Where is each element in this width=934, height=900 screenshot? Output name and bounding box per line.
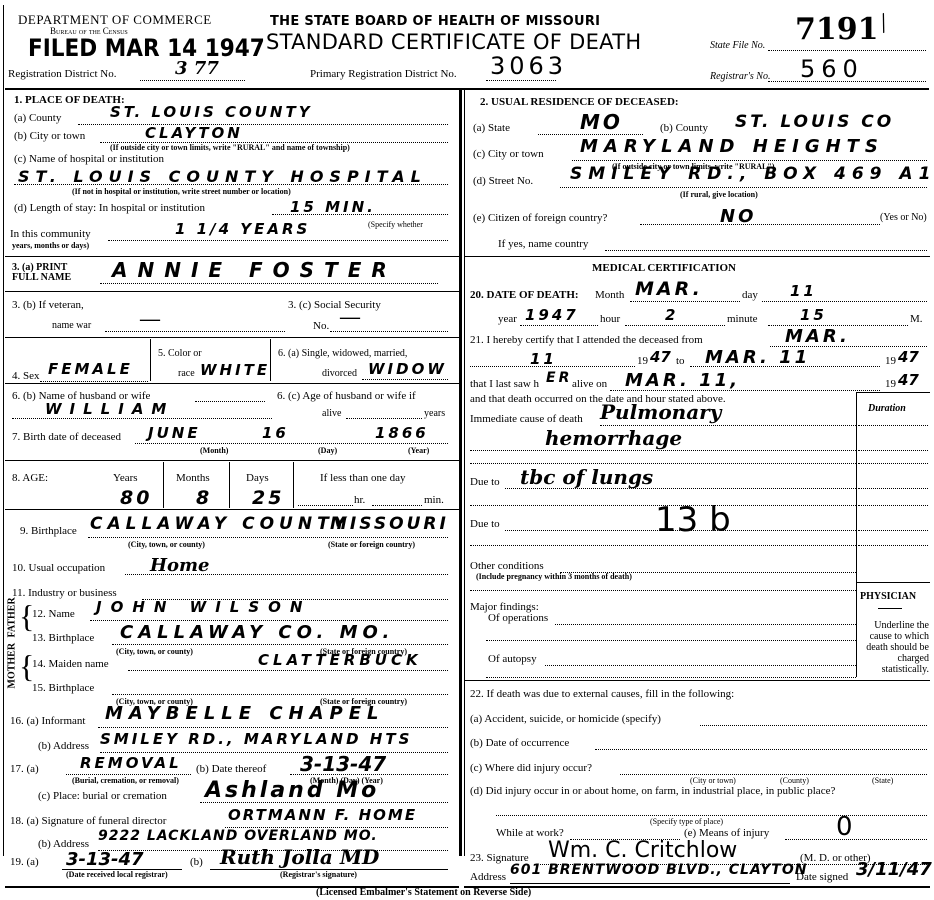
mother-maiden-line	[128, 670, 448, 671]
duration-line-2	[858, 450, 928, 451]
informant-value[interactable]: Maybelle Chapel	[105, 703, 385, 724]
age-col-divider-1	[163, 462, 164, 508]
sex-divider	[5, 383, 459, 384]
ss-value[interactable]: —	[340, 306, 360, 329]
burial-place-label: (c) Place: burial or cremation	[38, 790, 167, 802]
where-city-caption: (City or town)	[690, 776, 736, 785]
date-signed-value[interactable]: 3/11/47	[856, 859, 932, 880]
death-minute-label: minute	[727, 313, 758, 325]
ss-label: 3. (c) Social Security	[288, 299, 381, 311]
state-file-label: State File No.	[710, 40, 765, 51]
means-value[interactable]: 0	[836, 812, 853, 842]
residence-city-line	[572, 160, 927, 161]
sex-line	[40, 381, 148, 382]
where-line	[620, 774, 927, 775]
residence-state-label: (a) State	[473, 122, 510, 134]
citizen-label: (e) Citizen of foreign country?	[473, 212, 607, 224]
war-value[interactable]: —	[140, 308, 160, 331]
duration-line-4	[858, 488, 928, 489]
registrar-no-label: Registrar's No.	[710, 71, 770, 82]
registration-district-value: 3 77	[175, 58, 219, 79]
death-day-label: day	[742, 289, 758, 301]
physician-address-value[interactable]: 601 Brentwood Blvd., Clayton	[510, 862, 807, 878]
where-label: (c) Where did injury occur?	[470, 762, 592, 774]
informant-address-value[interactable]: Smiley Rd., Maryland Hts	[100, 730, 412, 748]
death-county-label: (a) County	[14, 112, 61, 124]
father-birthplace-line	[112, 644, 448, 645]
residence-state-value[interactable]: Mo	[580, 110, 623, 134]
birthplace-city-value[interactable]: Callaway County	[90, 514, 351, 534]
physician-signature-value[interactable]: Wm. C. Critchlow	[548, 838, 737, 863]
death-city-note: (If outside city or town limits, write "…	[110, 143, 350, 152]
burial-place-value[interactable]: Ashland Mo	[205, 778, 379, 803]
operations-label: Of operations	[488, 612, 548, 624]
spouse-line	[12, 418, 272, 419]
other-conditions-note: (Include pregnancy within 3 months of de…	[476, 572, 632, 581]
funeral-director-label: 18. (a) Signature of funeral director	[10, 815, 166, 827]
birth-date-line	[135, 443, 448, 444]
attended-from-year-prefix: 19	[637, 355, 648, 367]
place-type-label: (d) Did injury occur in or about home, o…	[470, 785, 835, 797]
primary-district-value: 3063	[490, 52, 567, 80]
age-col-divider-2	[229, 462, 230, 508]
frame-center	[459, 88, 462, 856]
marital-label-2: divorced	[322, 368, 357, 379]
institution-line	[14, 184, 448, 185]
death-county-value[interactable]: St. Louis County	[110, 103, 313, 121]
sex-label: 4. Sex	[12, 370, 40, 382]
birthplace-state-caption: (State or foreign country)	[328, 540, 415, 549]
birthplace-state-value[interactable]: Missouri	[330, 514, 449, 534]
age-days-value[interactable]: 25	[252, 487, 284, 509]
age-years-label: Years	[113, 472, 138, 484]
duration-top-border	[856, 392, 930, 393]
immediate-cause-value-1[interactable]: Pulmonary	[600, 400, 721, 424]
due-to-value-1[interactable]: tbc of lungs	[520, 465, 653, 489]
autopsy-label: Of autopsy	[488, 653, 537, 665]
citizen-note: (Yes or No)	[880, 212, 927, 223]
registrar-signature-caption: (Registrar's signature)	[280, 870, 357, 879]
mother-side-label: MOTHER	[7, 649, 18, 689]
occurrence-date-line	[595, 749, 927, 750]
father-name-line	[90, 620, 448, 621]
age-years-value[interactable]: 80	[120, 487, 152, 509]
received-label: 19. (a)	[10, 856, 39, 868]
autopsy-line	[545, 665, 856, 666]
birth-date-label: 7. Birth date of deceased	[12, 431, 121, 443]
age-label: 8. AGE:	[12, 472, 48, 484]
medical-heading: MEDICAL CERTIFICATION	[464, 262, 864, 274]
community-line	[108, 240, 448, 241]
birth-day-caption: (Day)	[318, 446, 337, 455]
mother-birthplace-line	[112, 694, 448, 695]
received-caption: (Date received local registrar)	[66, 870, 168, 879]
informant-address-label: (b) Address	[38, 740, 89, 752]
veteran-label: 3. (b) If veteran,	[12, 299, 84, 311]
header-divider	[5, 88, 929, 90]
attended-from-month[interactable]: Mar.	[785, 326, 850, 347]
death-year-value[interactable]: 1947	[525, 306, 579, 324]
residence-street-value[interactable]: Smiley Rd., Box 469 A1	[570, 164, 934, 184]
father-name-label: 12. Name	[32, 608, 75, 620]
death-hour-value[interactable]: 2	[665, 306, 678, 324]
father-city-caption: (City, town, or county)	[116, 647, 193, 656]
death-year-line	[520, 325, 598, 326]
duration-line-6	[858, 530, 928, 531]
age-min-line	[372, 505, 422, 506]
informant-address-line	[100, 752, 448, 753]
residence-street-line	[560, 187, 927, 188]
board-title: THE STATE BOARD OF HEALTH OF MISSOURI	[270, 14, 600, 29]
residence-street-label: (d) Street No.	[473, 175, 533, 187]
funeral-director-value[interactable]: Ortmann F. Home	[228, 806, 417, 824]
death-hour-label: hour	[600, 313, 620, 325]
disposition-label: 17. (a)	[10, 763, 39, 775]
other-conditions-label: Other conditions	[470, 560, 544, 572]
frame-left	[3, 88, 4, 856]
residence-city-value[interactable]: Maryland Heights	[580, 136, 884, 157]
spouse-value[interactable]: William	[45, 400, 174, 418]
community-value[interactable]: 1 1/4 Years	[175, 220, 310, 238]
operations-line-2	[486, 640, 856, 641]
physician-rule	[878, 608, 902, 609]
age-months-label: Months	[176, 472, 210, 484]
attended-to-label: to	[676, 355, 685, 367]
age-hr-line	[298, 505, 353, 506]
where-state-caption: (State)	[872, 776, 893, 785]
last-saw-value[interactable]: Mar. 11,	[625, 370, 740, 391]
last-saw-label-1: that I last saw h	[470, 378, 539, 390]
director-address-value[interactable]: 9222 Lackland Overland Mo.	[98, 828, 378, 844]
citizen-value[interactable]: No	[720, 206, 756, 227]
death-month-value[interactable]: Mar.	[635, 278, 703, 300]
stay-value[interactable]: 15 Min.	[290, 198, 376, 216]
birthplace-label: 9. Birthplace	[20, 525, 77, 537]
spouse-age-label-2: alive	[322, 408, 341, 419]
informant-line	[98, 727, 448, 728]
due-to-label-1: Due to	[470, 476, 500, 488]
due-to-label-2: Due to	[470, 518, 500, 530]
institution-label: (c) Name of hospital or institution	[14, 153, 164, 165]
occupation-label: 10. Usual occupation	[12, 562, 105, 574]
mother-maiden-label: 14. Maiden name	[32, 658, 109, 670]
frame-center-2	[464, 88, 465, 856]
death-day-value[interactable]: 11	[790, 282, 817, 300]
manner-label: (a) Accident, suicide, or homicide (spec…	[470, 713, 661, 725]
age-months-value[interactable]: 8	[196, 487, 212, 509]
duration-line-7	[858, 545, 928, 546]
immediate-cause-value-2[interactable]: hemorrhage	[545, 426, 682, 450]
full-name-line	[100, 283, 438, 284]
spouse-age-unit: years	[424, 408, 445, 419]
physician-address-line	[510, 883, 790, 884]
section-1-divider	[5, 256, 459, 257]
medical-divider	[464, 680, 930, 681]
immediate-cause-line-2	[470, 450, 856, 451]
left-margin-rule	[3, 5, 4, 90]
specify-note: (Specify whether	[368, 220, 423, 229]
age-hr-label: hr.	[354, 494, 365, 506]
color-value[interactable]: White	[200, 361, 270, 379]
attended-label: 21. I hereby certify that I attended the…	[470, 334, 703, 346]
residence-city-label: (c) City or town	[473, 148, 544, 160]
death-m-label: M.	[910, 313, 923, 325]
full-name-label: 3. (a) PRINTFULL NAME	[12, 263, 71, 283]
spouse-label-line	[195, 401, 265, 402]
immediate-cause-line-3	[470, 463, 856, 464]
disposition-date-value[interactable]: 3-13-47	[300, 752, 386, 776]
disposition-date-label: (b) Date thereof	[196, 763, 266, 775]
birth-month-value[interactable]: June	[148, 424, 201, 442]
occupation-value[interactable]: Home	[150, 555, 210, 576]
footer-note: (Licensed Embalmer's Statement on Revers…	[316, 887, 531, 898]
duration-line-1	[858, 425, 928, 426]
death-hour-line	[625, 325, 725, 326]
ss-line	[330, 331, 448, 332]
state-file-line	[768, 50, 926, 51]
residence-street-note: (If rural, give location)	[680, 190, 758, 199]
primary-district-line	[486, 80, 556, 81]
form-title: STANDARD CERTIFICATE OF DEATH	[266, 30, 641, 54]
manner-line	[700, 725, 927, 726]
registration-district-label: Registration District No.	[8, 68, 116, 80]
residence-county-value[interactable]: St. Louis Co	[735, 112, 894, 132]
received-value[interactable]: 3-13-47	[66, 849, 144, 870]
birth-divider	[5, 460, 459, 461]
full-name-label-2: FULL NAME	[12, 272, 71, 283]
physician-heading: PHYSICIAN	[860, 591, 916, 602]
last-saw-year-prefix: 19	[885, 378, 896, 390]
section-2-divider	[464, 256, 930, 257]
registrar-no-value: 560	[800, 55, 864, 83]
war-label: name war	[52, 320, 91, 331]
sex-color-divider	[150, 339, 151, 381]
duration-line-3	[858, 463, 928, 464]
death-year-label: year	[498, 313, 517, 325]
registrar-signature-value[interactable]: Ruth Jolla MD	[220, 845, 379, 869]
means-line	[785, 839, 927, 840]
physician-note: Underline the cause to which death shoul…	[859, 620, 929, 675]
age-days-label: Days	[246, 472, 269, 484]
marital-label-1: 6. (a) Single, widowed, married,	[278, 348, 407, 359]
citizen-line	[640, 224, 880, 225]
institution-note: (If not in hospital or institution, writ…	[72, 187, 291, 196]
residence-county-label: (b) County	[660, 122, 708, 134]
attended-to-year-prefix: 19	[885, 355, 896, 367]
duration-header: Duration	[868, 403, 906, 414]
father-birthplace-value[interactable]: Callaway Co. Mo.	[120, 622, 394, 643]
informant-label: 16. (a) Informant	[10, 715, 85, 727]
place-type-caption: (Specify type of place)	[650, 817, 723, 826]
other-conditions-line-2	[470, 590, 856, 591]
registrar-signature-label: (b)	[190, 856, 203, 868]
marital-line	[362, 379, 448, 380]
bottom-rule-right	[464, 886, 930, 888]
immediate-cause-label: Immediate cause of death	[470, 413, 583, 425]
last-saw-label-2: alive on	[572, 378, 607, 390]
birth-year-value[interactable]: 1866	[375, 424, 429, 442]
last-saw-pronoun[interactable]: er	[546, 370, 572, 386]
full-name-value[interactable]: Annie Foster	[112, 258, 397, 282]
death-minute-value[interactable]: 15	[800, 306, 827, 324]
filed-stamp: FILED MAR 14 1947	[28, 34, 265, 62]
registration-district-line	[140, 80, 245, 81]
father-birthplace-label: 13. Birthplace	[32, 632, 94, 644]
external-heading: 22. If death was due to external causes,…	[470, 688, 734, 700]
due-to-line-2b	[470, 545, 856, 546]
birth-month-caption: (Month)	[200, 446, 228, 455]
place-of-death-heading: 1. PLACE OF DEATH:	[14, 94, 125, 106]
stay-label: (d) Length of stay: In hospital or insti…	[14, 202, 205, 214]
sex-value[interactable]: Female	[48, 360, 133, 378]
ss-no-label: No.	[313, 320, 329, 332]
death-date-label: 20. DATE OF DEATH:	[470, 289, 579, 301]
country-line	[605, 250, 927, 251]
operations-line	[555, 624, 856, 625]
spouse-age-label-1: 6. (c) Age of husband or wife if	[277, 390, 416, 402]
community-note: years, months or days)	[12, 241, 89, 250]
attended-from-year[interactable]: 47	[650, 348, 671, 366]
attended-to-year[interactable]: 47	[898, 348, 919, 366]
attended-to-value[interactable]: Mar. 11	[705, 347, 810, 368]
marital-value[interactable]: Widow	[368, 360, 447, 378]
duration-column-border	[856, 392, 857, 677]
death-month-line	[630, 301, 740, 302]
age-col-divider-3	[293, 462, 294, 508]
attended-from-day[interactable]: 11	[530, 350, 557, 368]
color-label-1: 5. Color or	[158, 348, 202, 359]
birthplace-line	[88, 537, 448, 538]
last-saw-year[interactable]: 47	[898, 371, 919, 389]
disposition-caption: (Burial, cremation, or removal)	[72, 776, 179, 785]
spouse-age-line	[346, 418, 422, 419]
birthplace-city-caption: (City, town, or county)	[128, 540, 205, 549]
name-divider	[5, 291, 459, 292]
death-city-value[interactable]: Clayton	[145, 124, 243, 142]
color-label-2: race	[178, 368, 195, 379]
death-day-line	[762, 301, 927, 302]
date-signed-label: Date signed	[796, 871, 848, 883]
occurrence-date-label: (b) Date of occurrence	[470, 737, 569, 749]
disposition-line	[66, 774, 191, 775]
birth-year-caption: (Year)	[408, 446, 429, 455]
autopsy-line-2	[486, 677, 856, 678]
community-label: In this community	[10, 228, 91, 240]
duration-bottom-border	[856, 582, 930, 583]
mother-birthplace-label: 15. Birthplace	[32, 682, 94, 694]
age-divider	[5, 509, 459, 510]
war-line	[105, 331, 285, 332]
country-label: If yes, name country	[498, 238, 588, 250]
age-less-label: If less than one day	[320, 472, 406, 484]
death-city-label: (b) City or town	[14, 130, 85, 142]
veteran-divider	[5, 337, 459, 338]
disposition-value[interactable]: Removal	[80, 754, 182, 772]
physician-address-label: Address	[470, 871, 506, 883]
residence-heading: 2. USUAL RESIDENCE OF DECEASED:	[480, 96, 679, 108]
primary-district-label: Primary Registration District No.	[310, 68, 457, 80]
where-county-caption: (County)	[780, 776, 809, 785]
birth-day-value[interactable]: 16	[262, 424, 289, 442]
place-type-line	[496, 815, 927, 816]
state-file-value: 7191	[795, 12, 879, 47]
age-min-label: min.	[424, 494, 444, 506]
mother-maiden-value[interactable]: Clatterbuck	[258, 651, 422, 669]
duration-line-5	[858, 505, 928, 506]
death-county-line	[78, 124, 448, 125]
due-to-value-2[interactable]: 13 b	[655, 500, 731, 540]
father-side-label: FATHER	[7, 598, 18, 638]
residence-state-line	[538, 134, 643, 135]
father-name-value[interactable]: John Wilson	[96, 598, 311, 616]
death-month-label: Month	[595, 289, 624, 301]
